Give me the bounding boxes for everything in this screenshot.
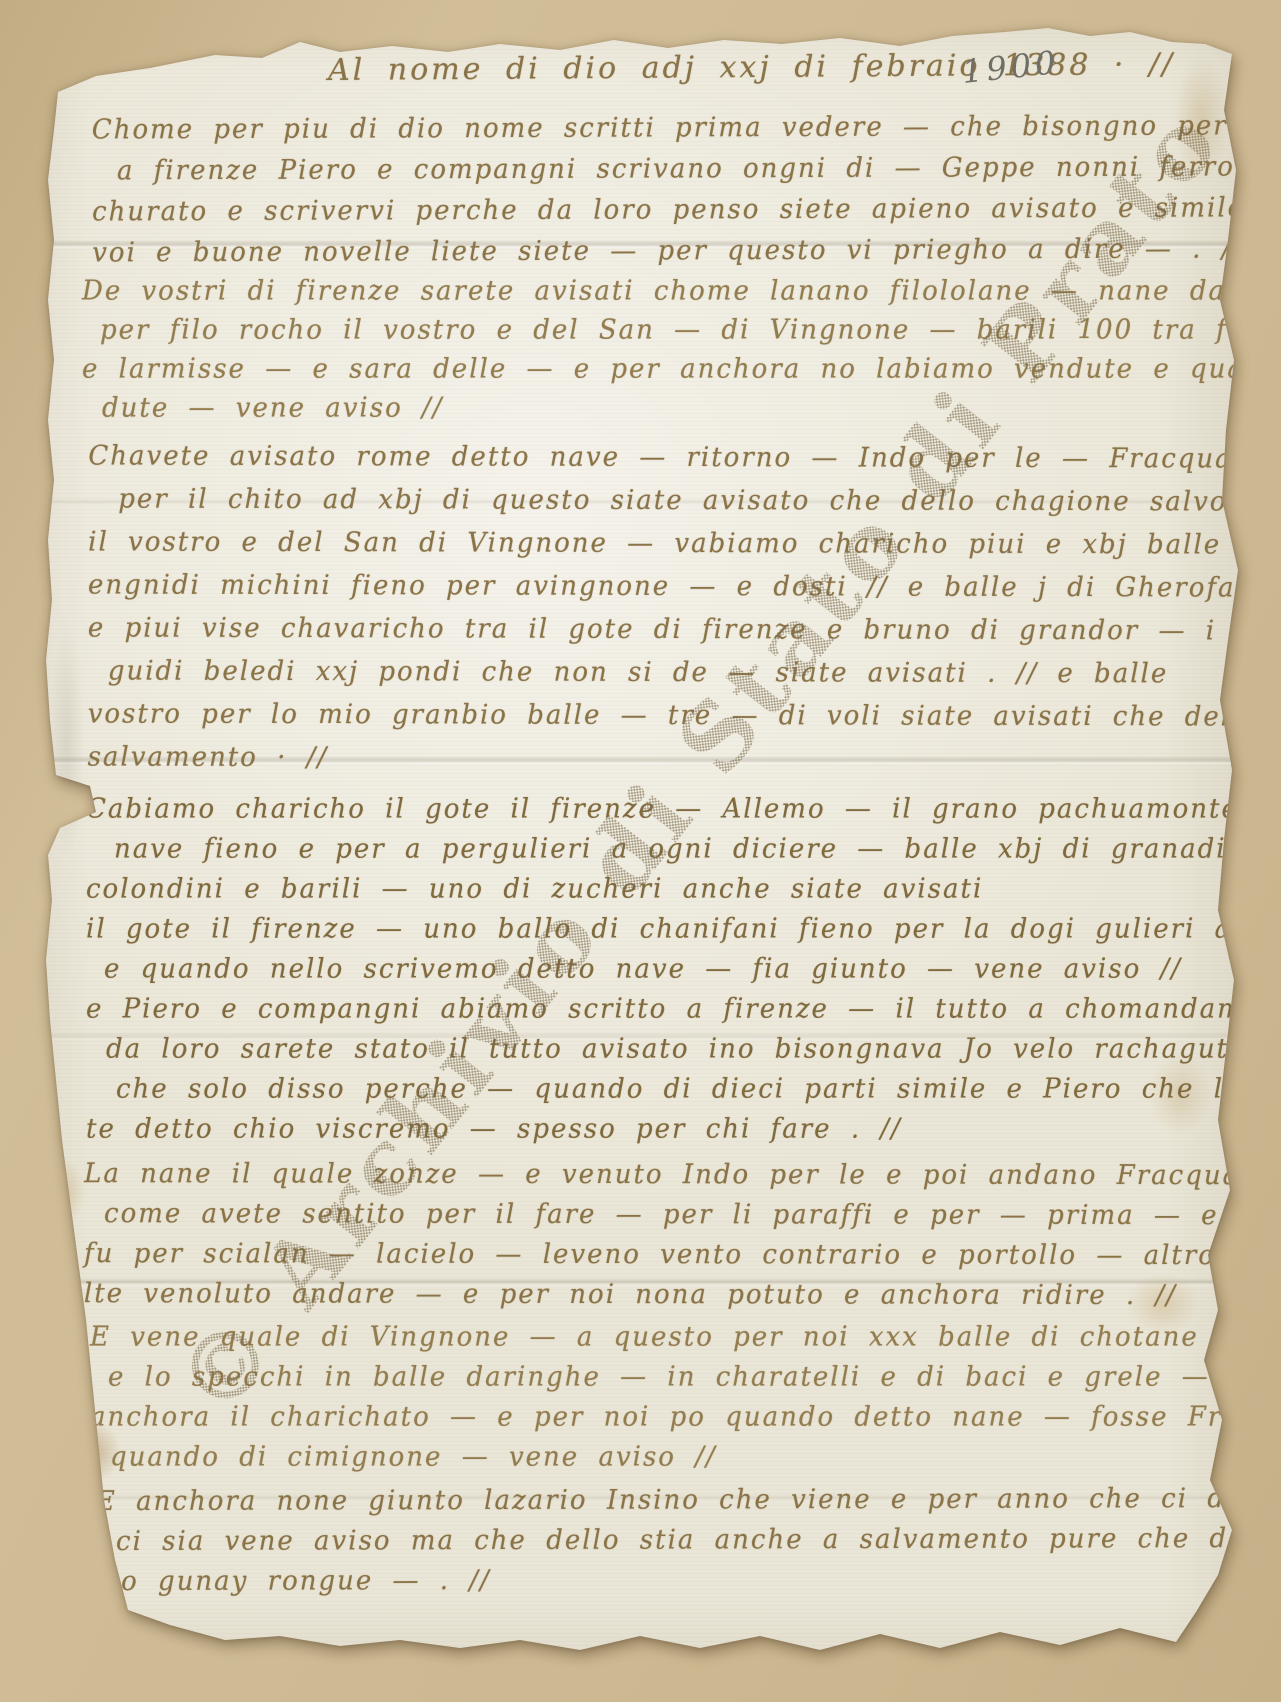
handwriting-line: per il chito ad xbj di questo siate avis… bbox=[88, 477, 1281, 525]
manuscript-sheet-wrapper: Al nome di dio adj xxj di febraio 1388 ·… bbox=[0, 0, 1281, 1702]
letter-paragraph: E vene quale di Vingnone — a questo per … bbox=[90, 1317, 1281, 1477]
letter-paragraph: E anchora none giunto lazario Insino che… bbox=[96, 1478, 1281, 1601]
handwriting-line: guidi beledi xxj pondi che non si de — s… bbox=[88, 649, 1281, 697]
letter-paragraph: La nane il quale zonze — e venuto Indo p… bbox=[84, 1154, 1281, 1316]
handwriting-line: Chome per piu di dio nome scritti prima … bbox=[92, 105, 1281, 152]
handwriting-line: ci sia vene aviso ma che dello stia anch… bbox=[96, 1517, 1281, 1562]
handwriting-line: dute — vene aviso // bbox=[82, 388, 1281, 429]
handwriting-line: vostro per lo mio granbio balle — tre — … bbox=[88, 692, 1281, 740]
handwriting-line: La nane il quale zonze — e venuto Indo p… bbox=[84, 1153, 1281, 1197]
handwriting-line: engnidi michini fieno per avingnone — e … bbox=[88, 563, 1281, 611]
letter-paragraph: Cabiamo charicho il gote il firenze — Al… bbox=[86, 789, 1281, 1149]
handwriting-line: da loro sarete stato il tutto avisato in… bbox=[86, 1028, 1281, 1070]
handwriting-line: colondini e barili — uno di zucheri anch… bbox=[86, 868, 1281, 910]
handwriting-line: per filo rocho il vostro e del San — di … bbox=[82, 310, 1281, 351]
handwriting-line: quando di cimignone — vene aviso // bbox=[90, 1436, 1281, 1478]
handwriting-line: e piui vise chavaricho tra il gote di fi… bbox=[88, 606, 1281, 654]
handwriting-line: voi e buone novelle liete siete — per qu… bbox=[92, 228, 1281, 275]
handwriting-line: e Piero e compangni abiamo scritto a fir… bbox=[86, 988, 1281, 1030]
handwriting-line: Cabiamo charicho il gote il firenze — Al… bbox=[86, 788, 1281, 830]
handwriting-line: il vostro e del San di Vingnone — vabiam… bbox=[88, 520, 1281, 568]
letter-paragraph: De vostri di firenze sarete avisati chom… bbox=[82, 272, 1281, 428]
handwriting-line: fu per scialan — lacielo — leveno vento … bbox=[84, 1233, 1281, 1277]
handwriting-line: churato e scrivervi perche da loro penso… bbox=[92, 187, 1281, 234]
handwriting-line: te detto chio viscremo — spesso per chi … bbox=[86, 1108, 1281, 1150]
handwriting-line: De vostri di firenze sarete avisati chom… bbox=[82, 271, 1281, 312]
foxing-stain bbox=[38, 1282, 86, 1340]
handwriting-line: E vene quale di Vingnone — a questo per … bbox=[90, 1316, 1281, 1358]
handwriting-line: salvamento · // bbox=[88, 735, 1281, 783]
handwriting-line: come avete sentito per il fare — per li … bbox=[84, 1193, 1281, 1237]
handwriting-line: a firenze Piero e compangni scrivano ong… bbox=[92, 146, 1281, 193]
manuscript-sheet: Al nome di dio adj xxj di febraio 1388 ·… bbox=[0, 0, 1281, 1702]
handwriting-line: il gote il firenze — uno ballo di chanif… bbox=[86, 908, 1281, 950]
handwriting-line: E anchora none giunto lazario Insino che… bbox=[96, 1477, 1281, 1522]
letter-paragraph: Chome per piu di dio nome scritti prima … bbox=[92, 106, 1281, 274]
handwriting-line: e quando nello scrivemo detto nave — fia… bbox=[86, 948, 1281, 990]
edge-smudge bbox=[50, 620, 84, 860]
handwriting-line: che solo disso perche — quando di dieci … bbox=[86, 1068, 1281, 1110]
handwriting-line: o gunay rongue — . // bbox=[96, 1557, 1281, 1602]
handwriting-line: e larmisse — e sara delle — e per anchor… bbox=[82, 349, 1281, 390]
handwriting-line: e lo specchi in balle daringhe — in char… bbox=[90, 1356, 1281, 1398]
handwriting-line: nave fieno e per a pergulieri a ogni dic… bbox=[86, 828, 1281, 870]
handwriting-line: lte venoluto andare — e per noi nona pot… bbox=[84, 1273, 1281, 1317]
foxing-stain bbox=[28, 1155, 86, 1229]
handwriting-line: Chavete avisato rome detto nave — ritorn… bbox=[88, 434, 1281, 482]
letter-paragraph: Chavete avisato rome detto nave — ritorn… bbox=[88, 435, 1281, 783]
handwriting-line: anchora il charichato — e per noi po qua… bbox=[90, 1396, 1281, 1438]
